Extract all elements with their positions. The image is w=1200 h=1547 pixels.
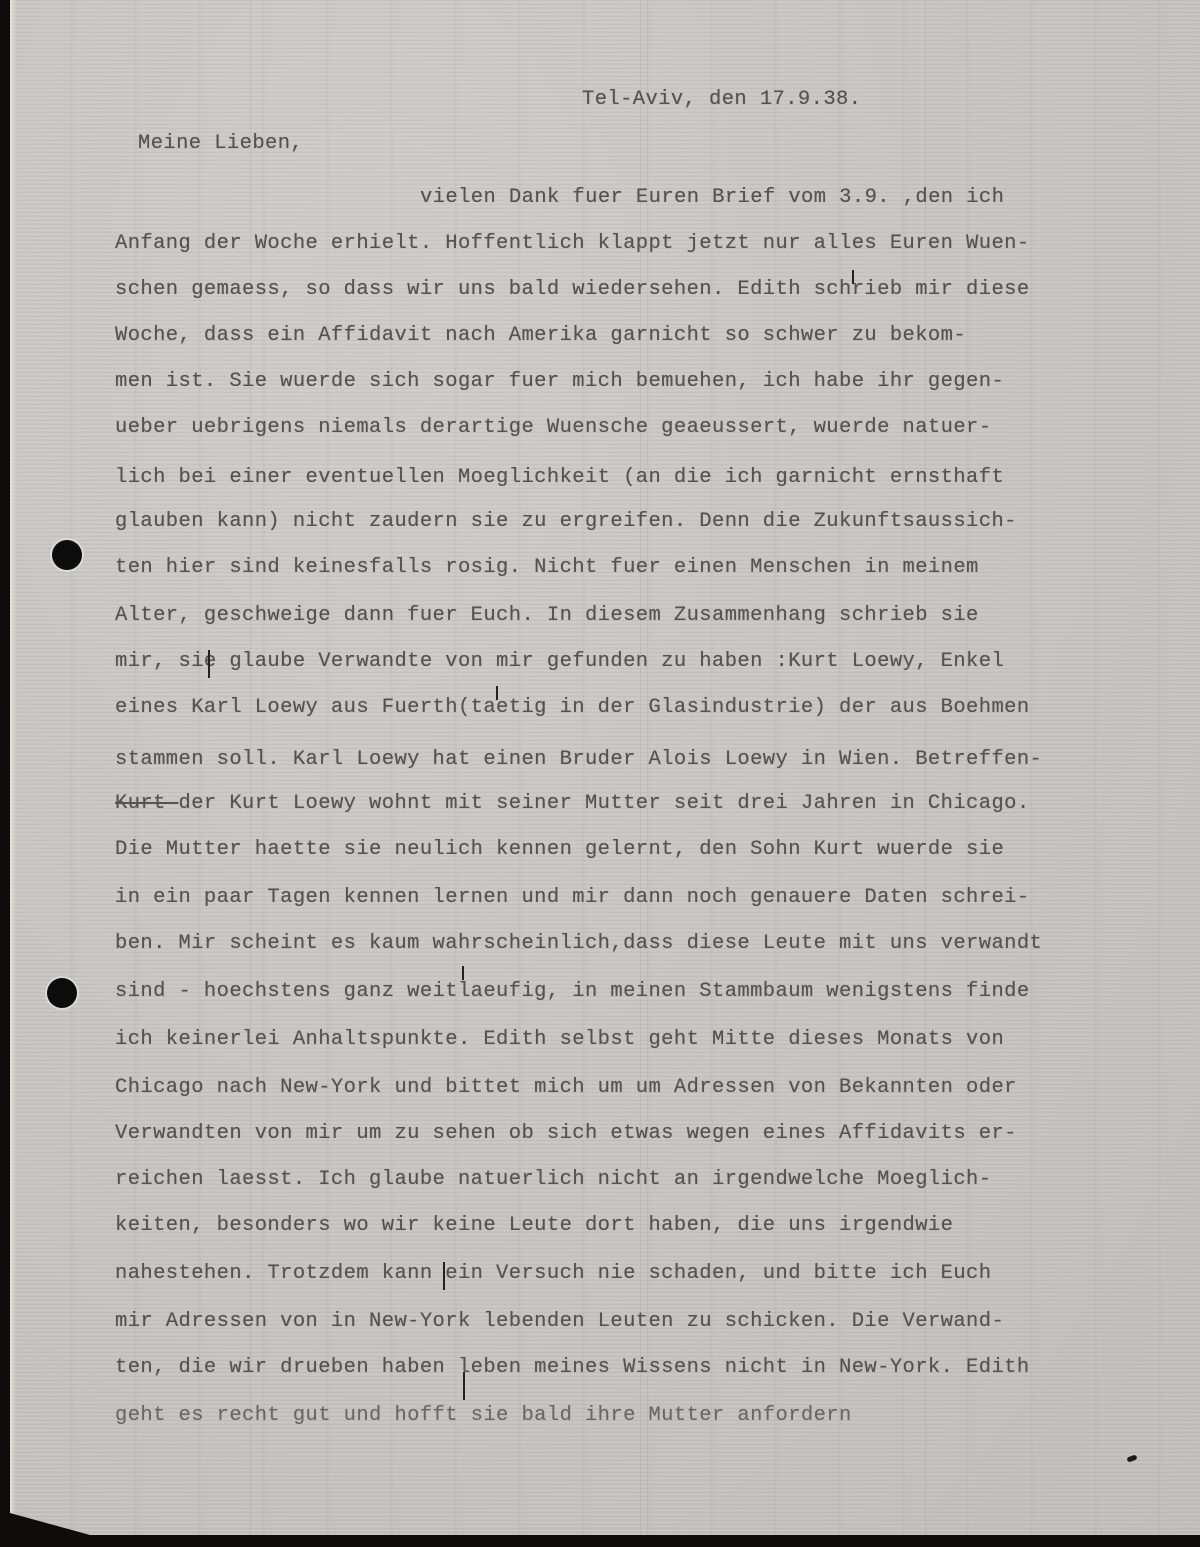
letter-line: lich bei einer eventuellen Moeglichkeit …: [115, 466, 1004, 489]
letter-line: Kurt der Kurt Loewy wohnt mit seiner Mut…: [115, 792, 1030, 815]
letter-line: eines Karl Loewy aus Fuerth(taetig in de…: [115, 696, 1030, 719]
handwritten-mark: [462, 966, 464, 980]
letter-line: Die Mutter haette sie neulich kennen gel…: [115, 838, 1004, 861]
typewritten-letter: Tel-Aviv, den 17.9.38. Meine Lieben, vie…: [0, 0, 1200, 1547]
letter-line: sind - hoechstens ganz weitlaeufig, in m…: [115, 980, 1030, 1003]
salutation: Meine Lieben,: [138, 132, 303, 155]
handwritten-mark: [852, 270, 854, 284]
date-line: Tel-Aviv, den 17.9.38.: [582, 88, 861, 111]
handwritten-mark: [443, 1262, 445, 1290]
handwritten-mark: [496, 686, 498, 700]
letter-line: nahestehen. Trotzdem kann ein Versuch ni…: [115, 1262, 991, 1285]
letter-line: mir, sie glaube Verwandte von mir gefund…: [115, 650, 1004, 673]
letter-line: reichen laesst. Ich glaube natuerlich ni…: [115, 1168, 991, 1191]
letter-line: keiten, besonders wo wir keine Leute dor…: [115, 1214, 953, 1237]
letter-line: ich keinerlei Anhaltspunkte. Edith selbs…: [115, 1028, 1004, 1051]
letter-line: vielen Dank fuer Euren Brief vom 3.9. ,d…: [420, 186, 1004, 209]
struck-word: Kurt: [115, 792, 179, 815]
handwritten-mark: [208, 650, 210, 678]
letter-line: Anfang der Woche erhielt. Hoffentlich kl…: [115, 232, 1030, 255]
letter-line: Verwandten von mir um zu sehen ob sich e…: [115, 1122, 1017, 1145]
letter-line: men ist. Sie wuerde sich sogar fuer mich…: [115, 370, 1004, 393]
letter-line: schen gemaess, so dass wir uns bald wied…: [115, 278, 1030, 301]
letter-line: ben. Mir scheint es kaum wahrscheinlich,…: [115, 932, 1042, 955]
letter-line: stammen soll. Karl Loewy hat einen Brude…: [115, 748, 1042, 771]
letter-line: ten, die wir drueben haben leben meines …: [115, 1356, 1030, 1379]
letter-line: ten hier sind keinesfalls rosig. Nicht f…: [115, 556, 979, 579]
letter-line: glauben kann) nicht zaudern sie zu ergre…: [115, 510, 1017, 533]
letter-line: Alter, geschweige dann fuer Euch. In die…: [115, 604, 979, 627]
letter-line: Woche, dass ein Affidavit nach Amerika g…: [115, 324, 966, 347]
letter-line: Chicago nach New-York und bittet mich um…: [115, 1076, 1017, 1099]
handwritten-mark: [463, 1372, 465, 1400]
line-text: der Kurt Loewy wohnt mit seiner Mutter s…: [179, 792, 1030, 815]
letter-line: in ein paar Tagen kennen lernen und mir …: [115, 886, 1030, 909]
letter-line: mir Adressen von in New-York lebenden Le…: [115, 1310, 1004, 1333]
letter-line: ueber uebrigens niemals derartige Wuensc…: [115, 416, 991, 439]
letter-line: geht es recht gut und hofft sie bald ihr…: [115, 1404, 852, 1427]
